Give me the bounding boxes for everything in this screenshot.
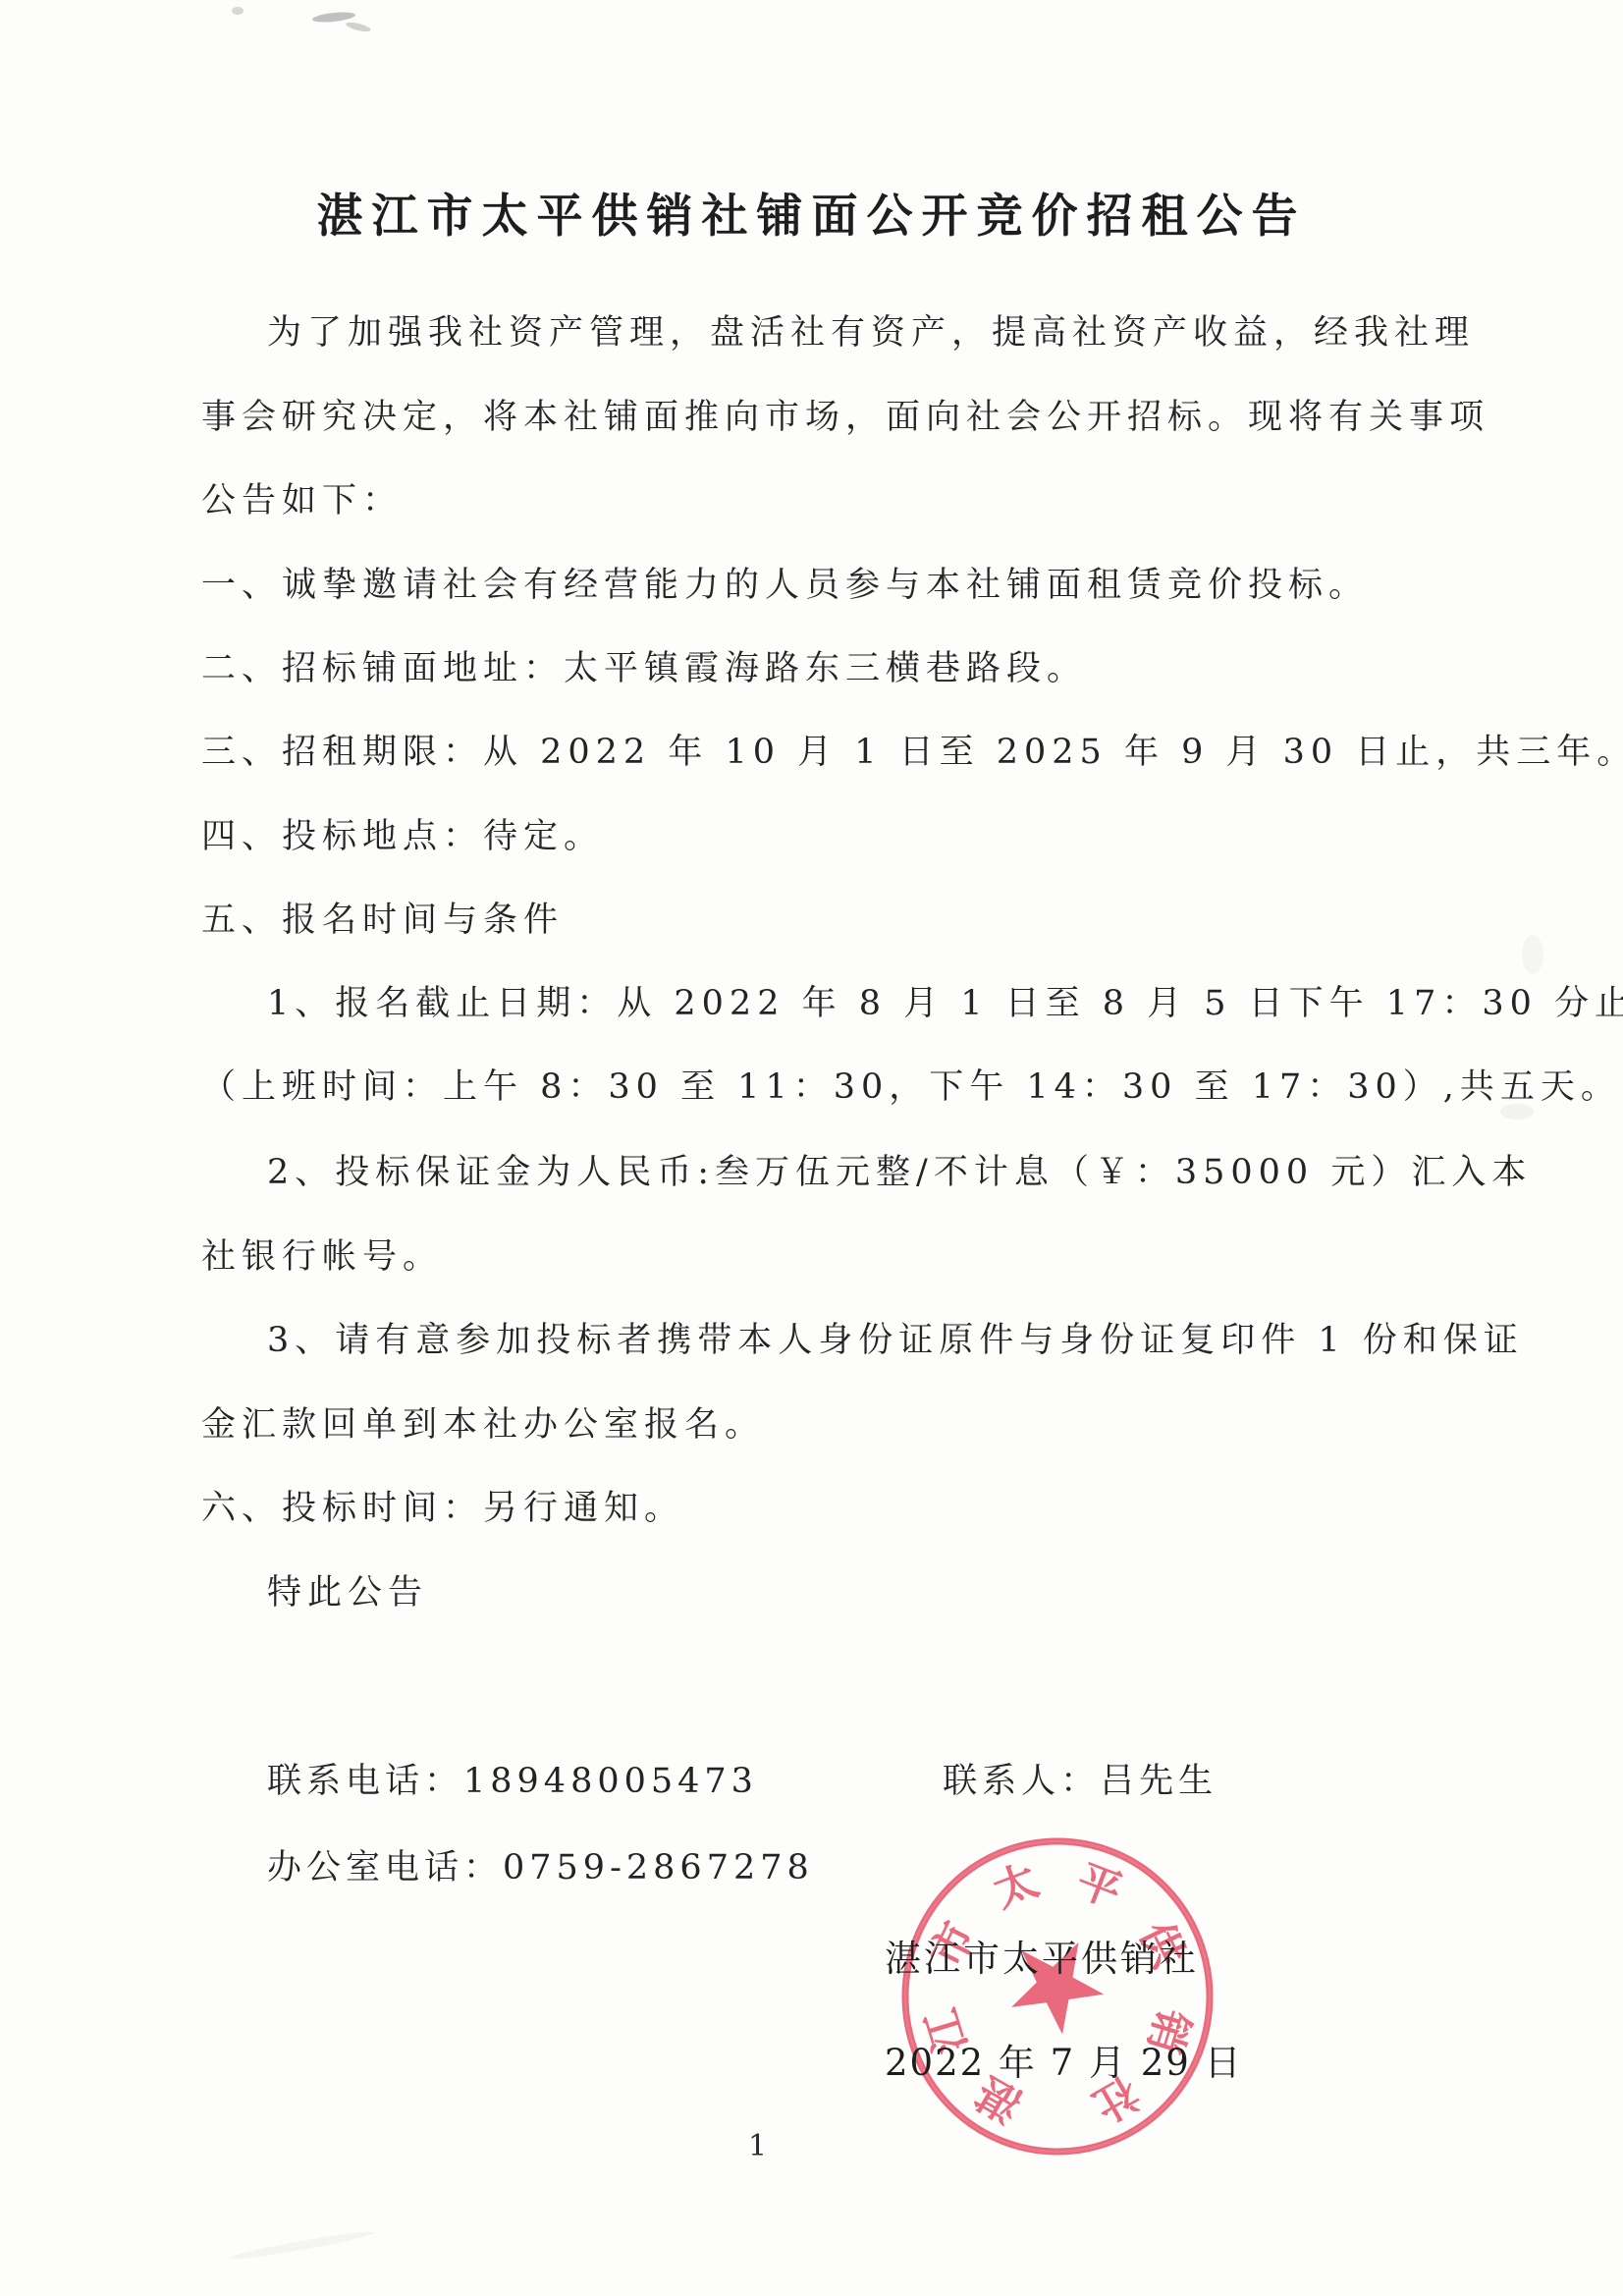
body-line-item-2: 二、招标铺面地址：太平镇霞海路东三横巷路段。 (201, 648, 1468, 691)
official-seal: 湛 江 市 太 平 供 销 社 (861, 1800, 1254, 2193)
body-line: （上班时间：上午 8：30 至 11：30，下午 14：30 至 17：30）,… (201, 1066, 1468, 1110)
scan-artifact (346, 21, 372, 33)
scan-artifact (1522, 935, 1543, 974)
seal-ring-char: 平 (1070, 1855, 1128, 1917)
seal-ring-char: 太 (987, 1855, 1045, 1917)
contact-row: 联系电话：18948005473 联系人：吕先生 (267, 1754, 1217, 1803)
body-line-closing: 特此公告 (267, 1572, 1534, 1615)
document-title: 湛江市太平供销社铺面公开竞价招租公告 (0, 180, 1623, 246)
body-line: 事会研究决定，将本社铺面推向市场，面向社会公开招标。现将有关事项 (201, 397, 1468, 440)
body-line-item-4: 四、投标地点：待定。 (201, 816, 1468, 859)
contact-person: 联系人：吕先生 (943, 1762, 1217, 1801)
body-line: 为了加强我社资产管理，盘活社有资产，提高社资产收益，经我社理 (267, 312, 1534, 355)
scanned-document-page: 湛江市太平供销社铺面公开竞价招租公告 为了加强我社资产管理，盘活社有资产，提高社… (0, 0, 1623, 2296)
contact-phone: 联系电话：18948005473 (267, 1762, 758, 1801)
body-line: 社银行帐号。 (201, 1236, 1468, 1280)
office-phone: 办公室电话：0759-2867278 (267, 1840, 814, 1889)
body-line: 公告如下： (201, 480, 1468, 523)
page-number: 1 (748, 2129, 767, 2163)
body-line-item-6: 六、投标时间：另行通知。 (201, 1488, 1468, 1531)
signature-org: 湛江市太平供销社 (885, 1929, 1199, 1982)
scan-artifact (232, 7, 243, 15)
body-line-sub-3: 3、请有意参加投标者携带本人身份证原件与身份证复印件 1 份和保证 (267, 1320, 1534, 1363)
signature-date: 2022 年 7 月 29 日 (885, 2033, 1243, 2086)
body-line-sub-2: 2、投标保证金为人民币:叁万伍元整/不计息（￥：35000 元）汇入本 (267, 1152, 1534, 1195)
scan-artifact (1500, 1104, 1534, 1120)
scan-artifact (228, 2228, 374, 2263)
body-line-item-1: 一、诚挚邀请社会有经营能力的人员参与本社铺面租赁竞价投标。 (201, 565, 1468, 608)
body-line-item-3: 三、招租期限：从 2022 年 10 月 1 日至 2025 年 9 月 30 … (201, 732, 1468, 775)
body-line-item-5: 五、报名时间与条件 (201, 900, 1468, 943)
body-line-sub-1: 1、报名截止日期：从 2022 年 8 月 1 日至 8 月 5 日下午 17：… (267, 983, 1534, 1026)
body-line: 金汇款回单到本社办公室报名。 (201, 1404, 1468, 1448)
